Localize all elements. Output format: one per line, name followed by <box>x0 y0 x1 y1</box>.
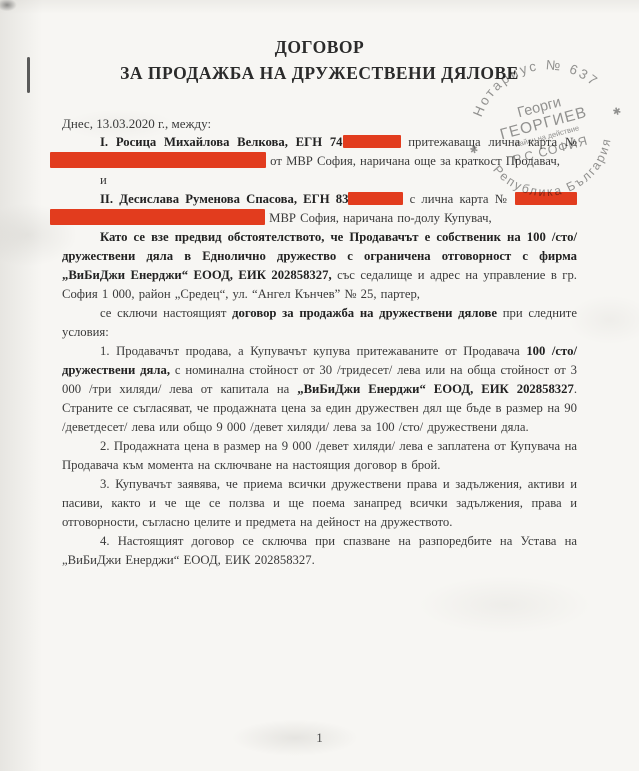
clause-4-paragraph: 4. Настоящият договор се сключва при спа… <box>62 532 577 570</box>
redaction-bar <box>348 192 403 205</box>
preamble-paragraph: се сключи настоящият договор за продажба… <box>62 304 577 342</box>
redaction-bar <box>50 209 265 225</box>
redaction-bar <box>343 135 401 148</box>
page-number: 1 <box>0 730 639 746</box>
clause-2-paragraph: 2. Продажната цена в размер на 9 000 /де… <box>62 437 577 475</box>
clause-3-paragraph: 3. Купувачът заявява, че приема всички д… <box>62 475 577 532</box>
notary-stamp: Нотариус № 637 Република България Георги… <box>456 44 634 206</box>
recital-paragraph: Като се взе предвид обстоятелството, че … <box>62 228 577 304</box>
stamp-star-right-icon: ✱ <box>612 106 623 119</box>
redaction-bar <box>50 152 266 168</box>
clause-1-paragraph: 1. Продавачът продава, а Купувачът купув… <box>62 342 577 437</box>
stamp-star-left-icon: ✱ <box>469 144 480 157</box>
